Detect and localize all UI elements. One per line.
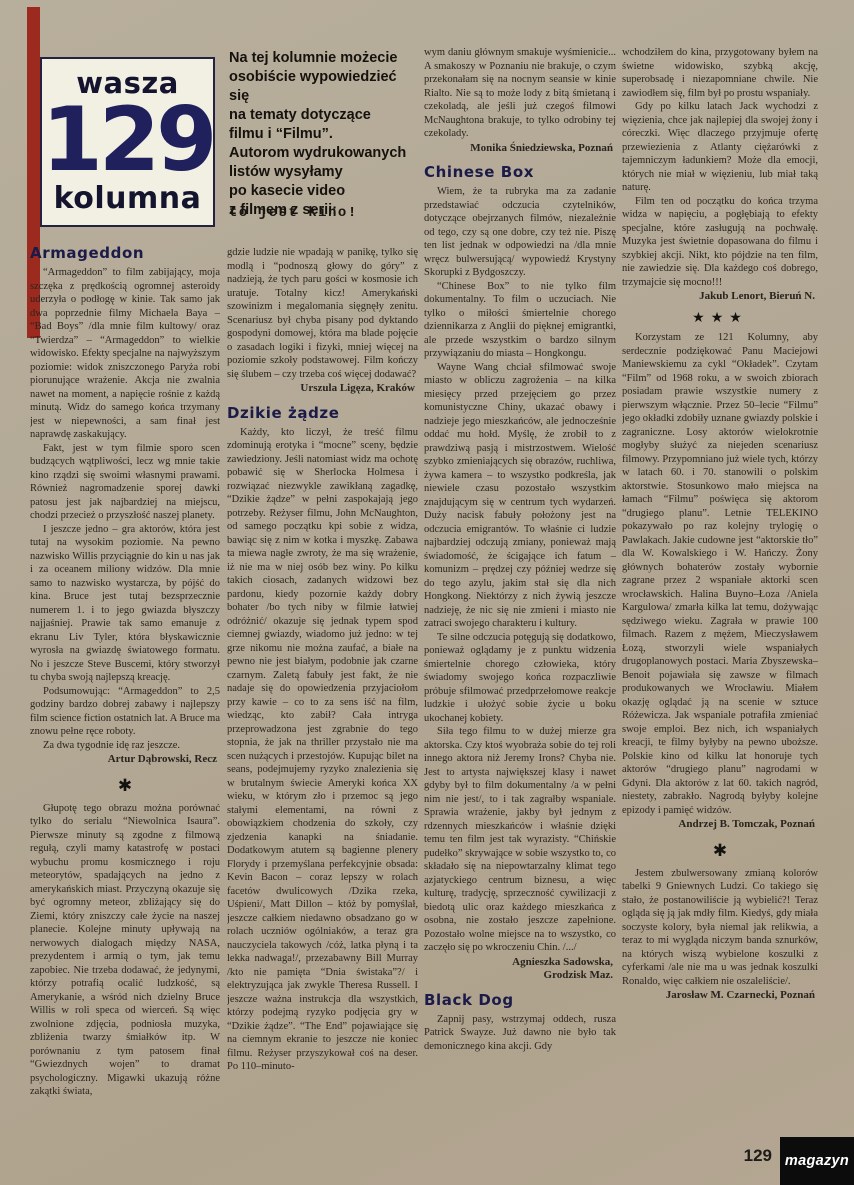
paragraph: I jeszcze jedno – gra aktorów, która jes… (30, 523, 220, 685)
signature-andrzej-tomczak: Andrzej B. Tomczak, Poznań (622, 818, 818, 832)
paragraph: Każdy, kto liczył, że treść filmu zdomin… (227, 426, 418, 1074)
section-heading-dzikie-zadze: Dzikie żądze (227, 404, 418, 422)
paragraph: Siła tego filmu to w dużej mierze gra ak… (424, 725, 616, 955)
section-heading-chinese-box: Chinese Box (424, 163, 616, 181)
signature-agnieszka-sadowska: Agnieszka Sadowska, Grodzisk Maz. (424, 956, 616, 983)
intro-mono-line: to jest kino! (229, 205, 417, 221)
three-stars-separator: ★★★ (622, 312, 818, 326)
page-number: 129 (704, 1146, 772, 1166)
paragraph: Podsumowując: “Armageddon” to 2,5 godzin… (30, 685, 220, 739)
paragraph: Wiem, że ta rubryka ma za zadanie przeds… (424, 185, 616, 280)
signature-urszula-ligeza: Urszula Ligęza, Kraków (227, 382, 418, 396)
logo-number-129: 129 (42, 98, 214, 182)
paragraph: “Chinese Box” to nie tylko film dokument… (424, 280, 616, 361)
section-heading-armageddon: Armageddon (30, 244, 220, 262)
paragraph: Gdy po kilku latach Jack wychodzi z więz… (622, 100, 818, 195)
text-column-2: gdzie ludzie nie wpadają w panikę, tylko… (227, 246, 418, 1166)
paragraph: Głupotę tego obrazu można porównać tylko… (30, 802, 220, 1099)
star-separator: ✱ (30, 777, 220, 794)
text-column-4: wchodziłem do kina, przygotowany byłem n… (622, 46, 818, 1138)
section-heading-black-dog: Black Dog (424, 991, 616, 1009)
signature-jaroslaw-czarnecki: Jarosław M. Czarnecki, Poznań (622, 989, 818, 1003)
paragraph: Jestem zbulwersowany zmianą kolorów tabe… (622, 867, 818, 989)
paragraph: Film ten od początku do końca trzyma wid… (622, 195, 818, 290)
signature-monika-sniedziewska: Monika Śniedziewska, Poznań (424, 142, 616, 156)
column-logo: wasza 129 kolumna (40, 57, 215, 227)
signature-jakub-lenort: Jakub Lenort, Bieruń N. (622, 290, 818, 304)
text-column-3: wym daniu głównym smakuje wyśmienicie...… (424, 46, 616, 1136)
paragraph: Korzystam ze 121 Kolumny, aby serdecznie… (622, 331, 818, 817)
paragraph: wym daniu głównym smakuje wyśmienicie...… (424, 46, 616, 141)
signature-artur-dabrowski: Artur Dąbrowski, Recz (30, 753, 220, 767)
paragraph: gdzie ludzie nie wpadają w panikę, tylko… (227, 246, 418, 381)
paragraph: Zapnij pasy, wstrzymaj oddech, rusza Pat… (424, 1013, 616, 1054)
text-column-1: Armageddon“Armageddon” to film zabijając… (30, 244, 220, 1176)
paragraph: Fakt, jest w tym filmie sporo scen budzą… (30, 442, 220, 523)
logo-word-kolumna: kolumna (54, 182, 202, 216)
magazine-footer-box: magazyn (780, 1137, 854, 1185)
paragraph: Wayne Wang chciał sfilmować swoje miasto… (424, 361, 616, 631)
magazine-label: magazyn (785, 1153, 849, 1169)
paragraph: Te silne odczucia potęgują się dodatkowo… (424, 631, 616, 726)
column-intro-text: Na tej kolumnie możecie osobiście wypowi… (229, 49, 417, 220)
paragraph: Za dwa tygodnie idę raz jeszcze. (30, 739, 220, 753)
star-separator: ✱ (622, 842, 818, 859)
paragraph: “Armageddon” to film zabijający, moja sz… (30, 266, 220, 442)
paragraph: wchodziłem do kina, przygotowany byłem n… (622, 46, 818, 100)
